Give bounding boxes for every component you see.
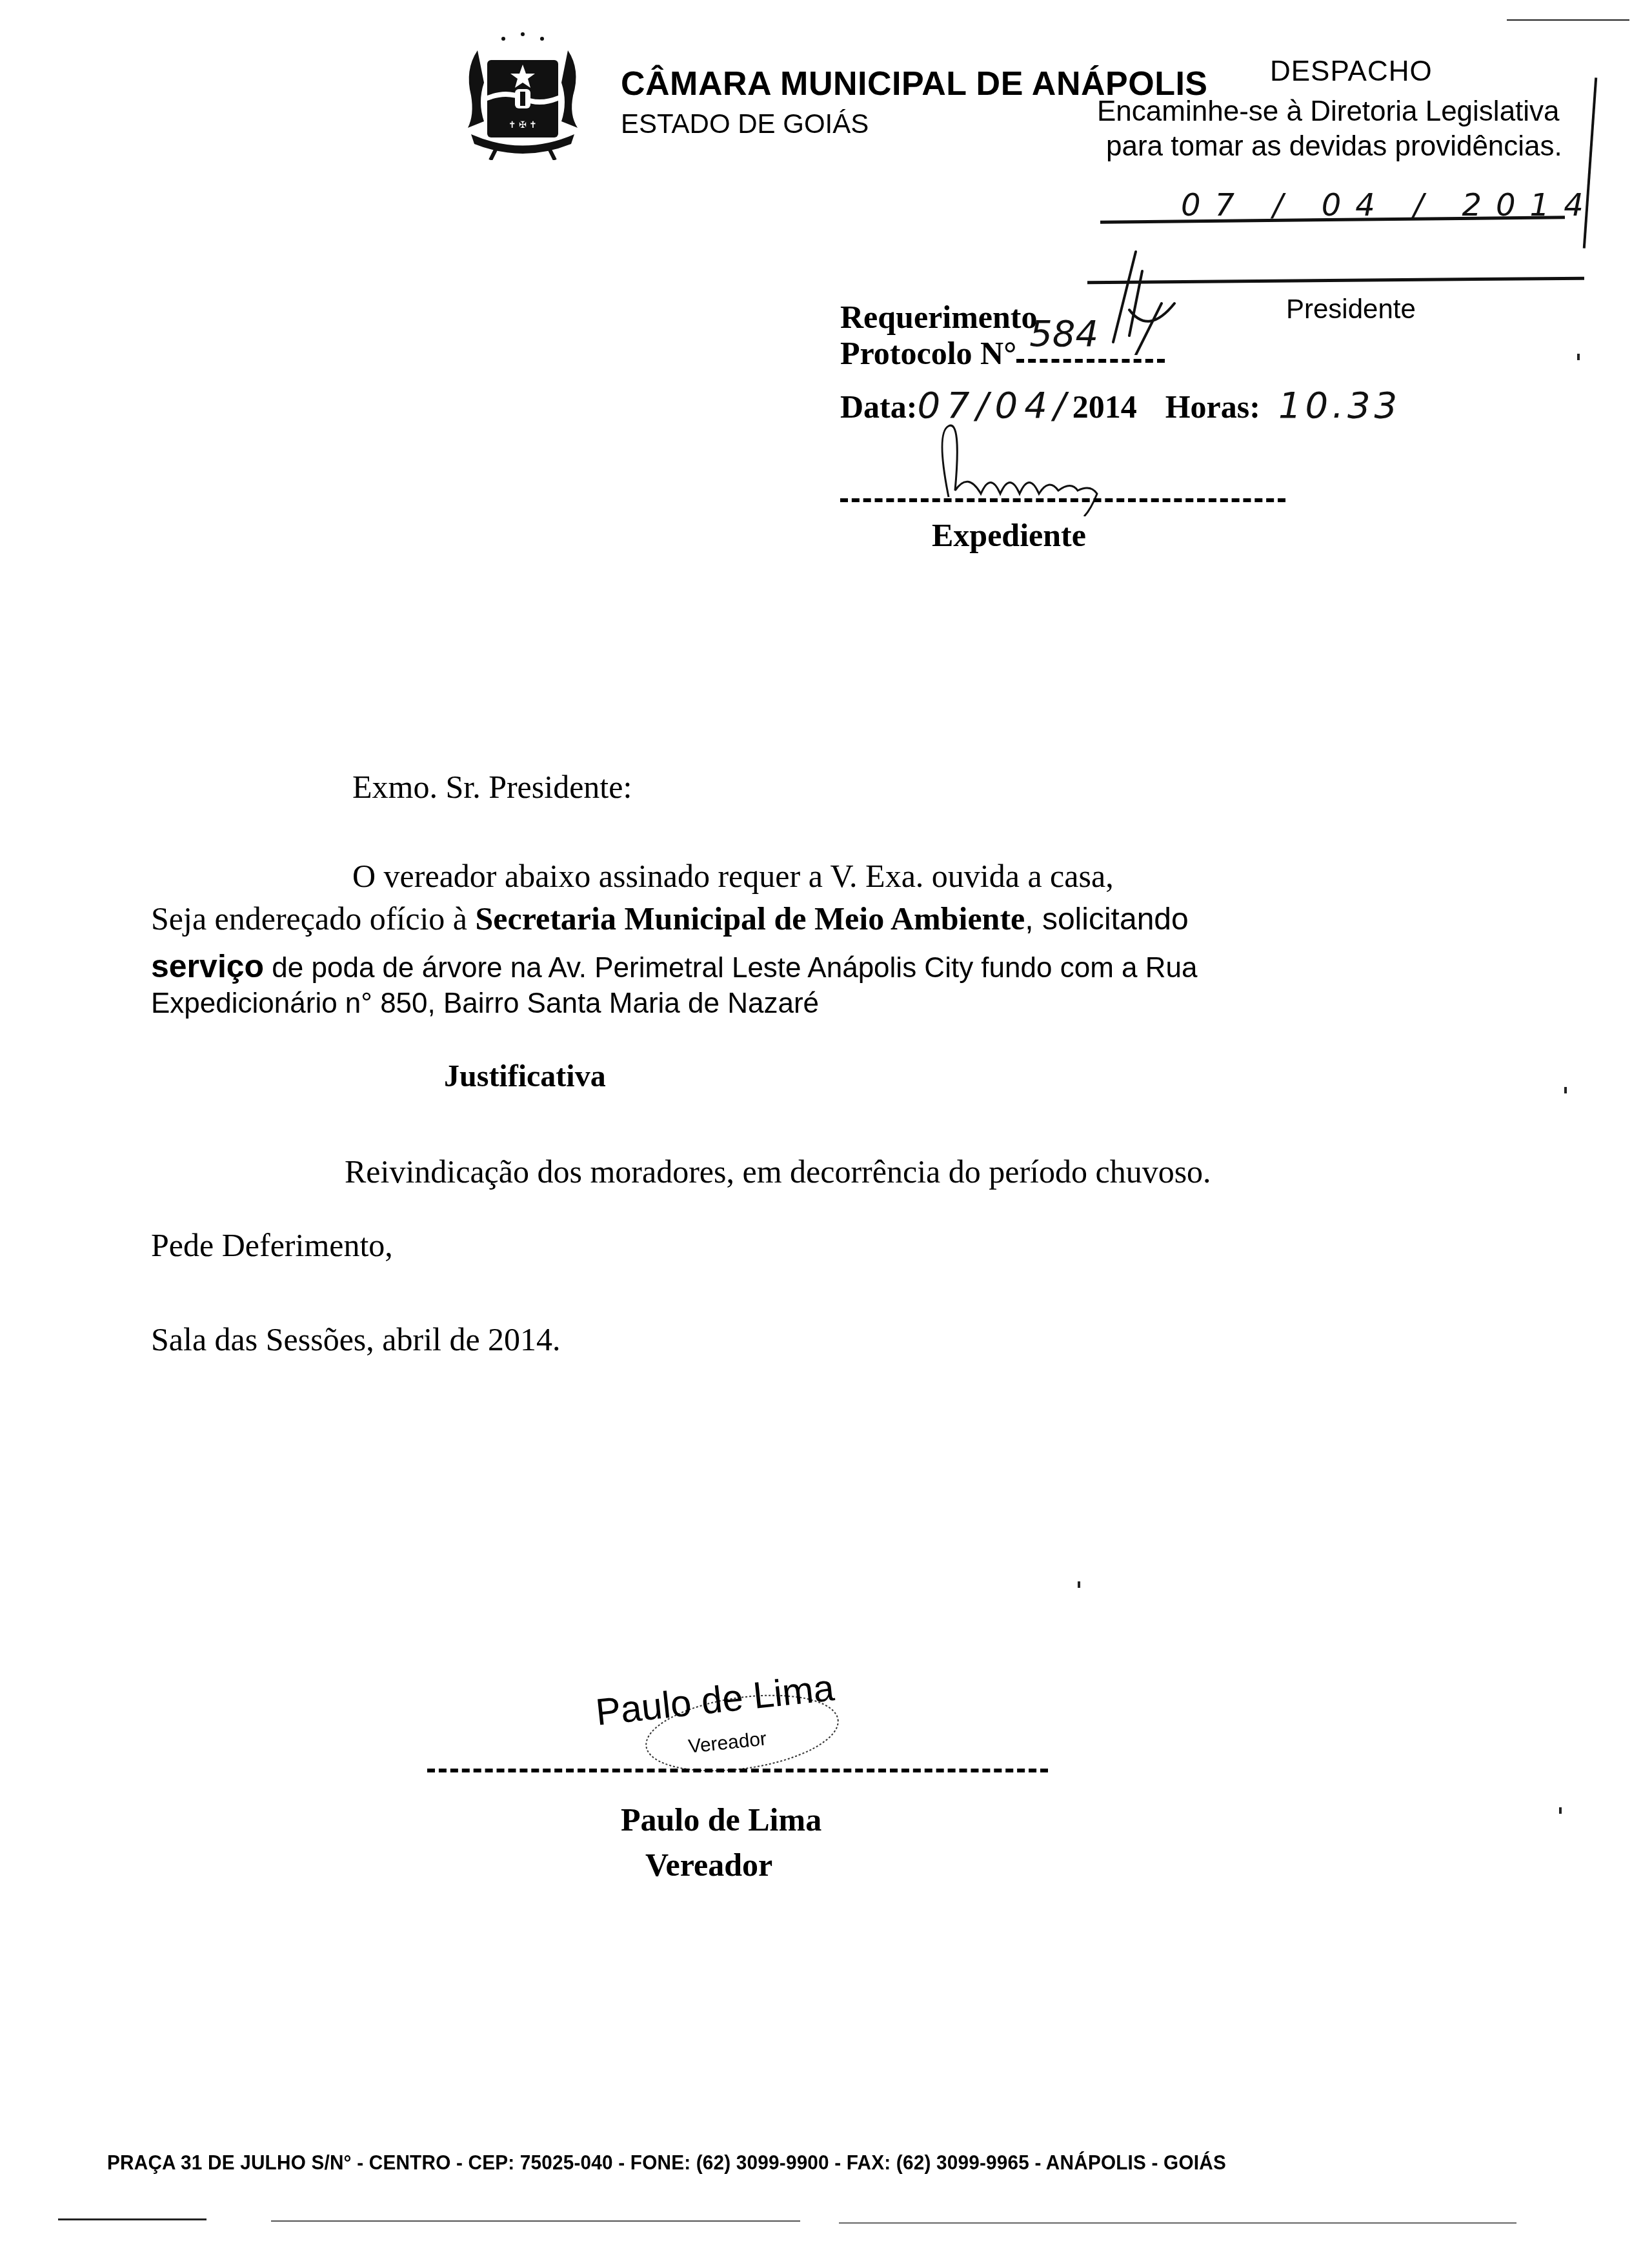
request-paragraph-line2: Seja endereçado ofício à Secretaria Muni… — [151, 900, 1189, 937]
expediente-signature-line — [840, 498, 1285, 502]
footer-rule — [271, 2220, 800, 2222]
footer-address: PRAÇA 31 DE JULHO S/N° - CENTRO - CEP: 7… — [107, 2151, 1226, 2175]
closing-text: Pede Deferimento, — [151, 1226, 393, 1264]
scan-speck — [1564, 1087, 1567, 1093]
place-date: Sala das Sessões, abril de 2014. — [151, 1321, 561, 1358]
secretariat-name: Secretaria Municipal de Meio Ambiente — [476, 900, 1025, 937]
footer-rule — [58, 2218, 206, 2220]
service-description: de poda de árvore na Av. Perimetral Lest… — [264, 952, 1197, 984]
despacho-title: DESPACHO — [1270, 56, 1433, 88]
svg-text:✝ ✠ ✝: ✝ ✠ ✝ — [509, 120, 537, 130]
scan-speck — [1577, 354, 1580, 360]
request-prefix: Seja endereçado ofício à — [151, 900, 476, 937]
request-paragraph-line1: O vereador abaixo assinado requer a V. E… — [352, 857, 1114, 895]
scan-speck — [1559, 1807, 1562, 1814]
footer-rule — [839, 2222, 1516, 2224]
scan-speck — [1078, 1581, 1080, 1588]
protocolo-field: 584 — [1016, 359, 1165, 372]
signer-name: Paulo de Lima — [621, 1801, 821, 1838]
request-paragraph-line4: Expedicionário n° 850, Bairro Santa Mari… — [151, 988, 819, 1020]
expediente-label: Expediente — [932, 516, 1086, 554]
service-word: serviço — [151, 948, 264, 984]
requerimento-label: Requerimento — [840, 298, 1038, 336]
request-paragraph-line3: serviço de poda de árvore na Av. Perimet… — [151, 948, 1197, 985]
horas-value: 10.33 — [1278, 385, 1401, 427]
signer-role: Vereador — [645, 1846, 772, 1883]
coat-of-arms-icon: ✝ ✠ ✝ — [458, 25, 587, 160]
protocolo-number: 584 — [1029, 313, 1098, 355]
protocolo-row: Protocolo N° 584 — [840, 334, 1165, 372]
state-name: ESTADO DE GOIÁS — [621, 108, 869, 139]
signature-line — [427, 1769, 1048, 1772]
despacho-instruction-line1: Encaminhe-se à Diretoria Legislativa — [1097, 96, 1560, 128]
despacho-signature-label: Presidente — [1286, 294, 1416, 325]
signature-stamp: Paulo de Lima Vereador — [581, 1672, 891, 1775]
despacho-instruction-line2: para tomar as devidas providências. — [1106, 130, 1562, 163]
greeting: Exmo. Sr. Presidente: — [352, 768, 632, 806]
protocolo-label: Protocolo N° — [840, 334, 1016, 372]
justificativa-title: Justificativa — [444, 1059, 606, 1094]
justificativa-text: Reivindicação dos moradores, em decorrên… — [345, 1153, 1211, 1190]
request-suffix: , solicitando — [1025, 902, 1188, 937]
scan-edge-line — [1507, 19, 1629, 21]
